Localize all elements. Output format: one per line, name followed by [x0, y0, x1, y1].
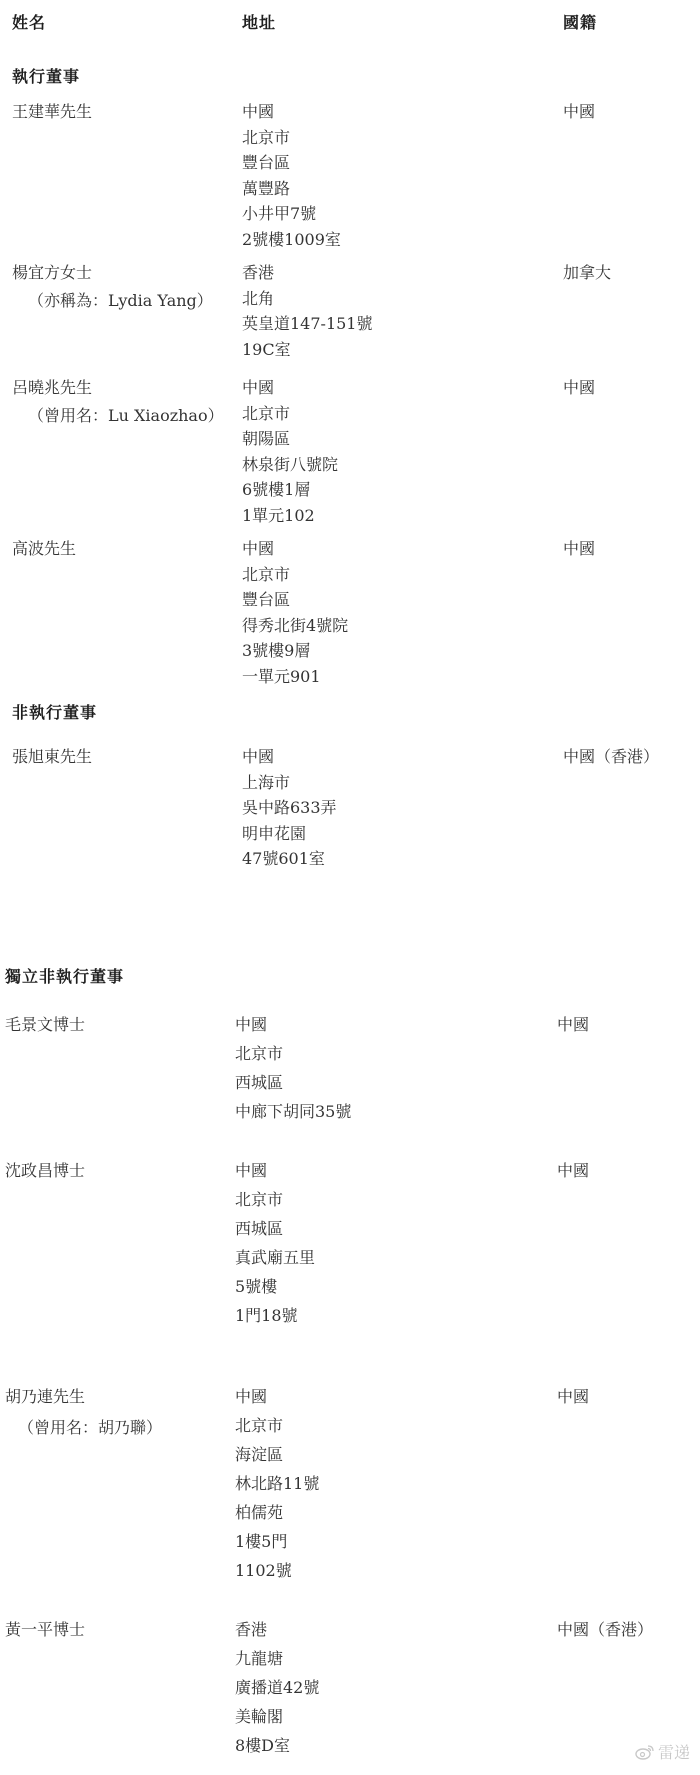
address-line: 香港 — [242, 263, 373, 289]
address-line: 中國 — [242, 102, 341, 128]
address-line: 19C室 — [242, 340, 373, 366]
address-line: 吳中路633弄 — [242, 798, 337, 824]
section-title-executive-directors: 執行董事 — [12, 64, 80, 87]
column-header-nationality: 國籍 — [563, 10, 597, 33]
director-alias: （曾用名：胡乃聯） — [18, 1415, 162, 1438]
address-line: 5號樓 — [235, 1277, 315, 1306]
address-line: 小井甲7號 — [242, 204, 341, 230]
address-line: 朝陽區 — [242, 429, 338, 455]
address-line: 柏儒苑 — [235, 1503, 319, 1532]
director-address: 中國 北京市 豐台區 得秀北街4號院 3號樓9層 一單元901 — [242, 539, 348, 692]
address-line: 一單元901 — [242, 667, 348, 693]
address-line: 3號樓9層 — [242, 641, 348, 667]
director-name: 王建華先生 — [12, 102, 92, 122]
address-line: 豐台區 — [242, 590, 348, 616]
director-nationality: 中國（香港） — [557, 1620, 653, 1640]
director-address: 中國 北京市 海淀區 林北路11號 柏儒苑 1樓5門 1102號 — [235, 1387, 319, 1590]
weibo-icon — [635, 1744, 655, 1760]
address-line: 廣播道42號 — [235, 1678, 319, 1707]
director-name: 毛景文博士 — [5, 1015, 85, 1035]
address-line: 1單元102 — [242, 506, 338, 532]
director-address: 中國 北京市 豐台區 萬豐路 小井甲7號 2號樓1009室 — [242, 102, 341, 255]
column-header-name: 姓名 — [12, 10, 46, 33]
address-line: 真武廟五里 — [235, 1248, 315, 1277]
address-line: 北京市 — [242, 404, 338, 430]
address-line: 8樓D室 — [235, 1736, 319, 1765]
director-name: 楊宜方女士 — [12, 263, 92, 283]
address-line: 萬豐路 — [242, 179, 341, 205]
address-line: 6號樓1層 — [242, 480, 338, 506]
address-line: 林泉街八號院 — [242, 455, 338, 481]
address-line: 中國 — [235, 1161, 315, 1190]
director-address: 中國 北京市 朝陽區 林泉街八號院 6號樓1層 1單元102 — [242, 378, 338, 531]
director-name: 呂曉兆先生 — [12, 378, 92, 398]
director-name: 黃一平博士 — [5, 1620, 85, 1640]
address-line: 豐台區 — [242, 153, 341, 179]
director-name: 高波先生 — [12, 539, 76, 559]
director-nationality: 中國 — [557, 1161, 589, 1181]
director-address: 中國 上海市 吳中路633弄 明申花園 47號601室 — [242, 747, 337, 875]
director-nationality: 中國 — [563, 102, 595, 122]
address-line: 中國 — [242, 539, 348, 565]
director-nationality: 中國 — [557, 1387, 589, 1407]
director-address: 香港 九龍塘 廣播道42號 美輪閣 8樓D室 — [235, 1620, 319, 1765]
column-header-address: 地址 — [242, 10, 276, 33]
address-line: 47號601室 — [242, 849, 337, 875]
address-line: 西城區 — [235, 1073, 351, 1102]
address-line: 西城區 — [235, 1219, 315, 1248]
address-line: 北京市 — [242, 565, 348, 591]
address-line: 北京市 — [235, 1416, 319, 1445]
director-name: 胡乃連先生 — [5, 1387, 85, 1407]
director-name: 張旭東先生 — [12, 747, 92, 767]
address-line: 北角 — [242, 289, 373, 315]
section-title-independent-non-executive-directors: 獨立非執行董事 — [5, 964, 124, 987]
watermark: 雷递 — [635, 1740, 690, 1763]
address-line: 北京市 — [242, 128, 341, 154]
address-line: 中廊下胡同35號 — [235, 1102, 351, 1131]
address-line: 九龍塘 — [235, 1649, 319, 1678]
director-alias: （亦稱為：Lydia Yang） — [28, 288, 213, 311]
address-line: 香港 — [235, 1620, 319, 1649]
address-line: 上海市 — [242, 773, 337, 799]
address-line: 2號樓1009室 — [242, 230, 341, 256]
director-name: 沈政昌博士 — [5, 1161, 85, 1181]
address-line: 1門18號 — [235, 1306, 315, 1335]
director-nationality: 中國（香港） — [563, 747, 659, 767]
address-line: 中國 — [235, 1387, 319, 1416]
director-nationality: 加拿大 — [563, 263, 611, 283]
watermark-text: 雷递 — [658, 1740, 690, 1763]
director-address: 中國 北京市 西城區 真武廟五里 5號樓 1門18號 — [235, 1161, 315, 1335]
address-line: 海淀區 — [235, 1445, 319, 1474]
address-line: 中國 — [242, 747, 337, 773]
address-line: 明申花園 — [242, 824, 337, 850]
address-line: 1102號 — [235, 1561, 319, 1590]
address-line: 林北路11號 — [235, 1474, 319, 1503]
director-nationality: 中國 — [563, 378, 595, 398]
address-line: 得秀北街4號院 — [242, 616, 348, 642]
director-nationality: 中國 — [563, 539, 595, 559]
address-line: 北京市 — [235, 1190, 315, 1219]
director-nationality: 中國 — [557, 1015, 589, 1035]
section-title-non-executive-directors: 非執行董事 — [12, 700, 97, 723]
address-line: 中國 — [235, 1015, 351, 1044]
address-line: 北京市 — [235, 1044, 351, 1073]
director-address: 中國 北京市 西城區 中廊下胡同35號 — [235, 1015, 351, 1131]
address-line: 英皇道147-151號 — [242, 314, 373, 340]
director-alias: （曾用名：Lu Xiaozhao） — [28, 403, 224, 426]
address-line: 1樓5門 — [235, 1532, 319, 1561]
director-address: 香港 北角 英皇道147-151號 19C室 — [242, 263, 373, 365]
address-line: 美輪閣 — [235, 1707, 319, 1736]
address-line: 中國 — [242, 378, 338, 404]
